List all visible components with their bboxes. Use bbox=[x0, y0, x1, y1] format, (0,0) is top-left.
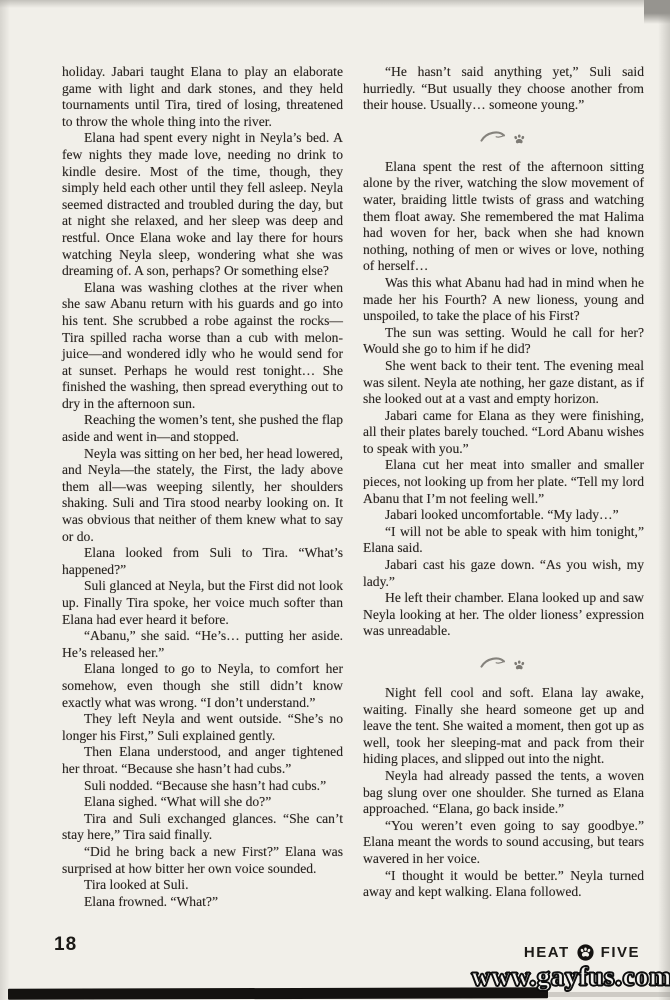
swirl-paw-ornament-icon bbox=[478, 128, 530, 148]
paragraph: Elana looked from Suli to Tira. “What’s … bbox=[62, 545, 343, 578]
paragraph: Neyla had already passed the tents, a wo… bbox=[363, 768, 644, 818]
paragraph: “You weren’t even going to say goodbye.”… bbox=[363, 818, 644, 868]
paragraph: They left Neyla and went outside. “She’s… bbox=[62, 711, 343, 744]
paragraph: “I will not be able to speak with him to… bbox=[363, 524, 644, 557]
section-divider bbox=[363, 114, 644, 159]
magazine-footer-title: HEAT FIVE bbox=[524, 944, 640, 961]
text-column-left: holiday. Jabari taught Elana to play an … bbox=[62, 64, 343, 910]
paragraph: Jabari came for Elana as they were finis… bbox=[363, 408, 644, 458]
section-divider bbox=[363, 640, 644, 685]
paragraph: Then Elana understood, and anger tighten… bbox=[62, 744, 343, 777]
paragraph: She went back to their tent. The evening… bbox=[363, 358, 644, 408]
page-number: 18 bbox=[54, 934, 77, 956]
paragraph: Jabari cast his gaze down. “As you wish,… bbox=[363, 557, 644, 590]
paragraph: Elana cut her meat into smaller and smal… bbox=[363, 457, 644, 507]
scan-bottom-black-band bbox=[8, 987, 548, 999]
paragraph: “Abanu,” she said. “He’s… putting her as… bbox=[62, 628, 343, 661]
paragraph: “I thought it would be better.” Neyla tu… bbox=[363, 868, 644, 901]
paragraph: Jabari looked uncomfortable. “My lady…” bbox=[363, 507, 644, 524]
scan-corner-smudge bbox=[644, 0, 670, 24]
paragraph: The sun was setting. Would he call for h… bbox=[363, 325, 644, 358]
paragraph: Suli glanced at Neyla, but the First did… bbox=[62, 578, 343, 628]
paragraph: Night fell cool and soft. Elana lay awak… bbox=[363, 685, 644, 768]
paragraph: Elana was washing clothes at the river w… bbox=[62, 280, 343, 413]
paragraph: He left their chamber. Elana looked up a… bbox=[363, 590, 644, 640]
scanned-book-page: holiday. Jabari taught Elana to play an … bbox=[0, 0, 670, 1000]
paragraph: Neyla was sitting on her bed, her head l… bbox=[62, 446, 343, 546]
paragraph: Was this what Abanu had had in mind when… bbox=[363, 275, 644, 325]
website-watermark: www.gayfus.com bbox=[472, 962, 670, 992]
paragraph: Elana longed to go to Neyla, to comfort … bbox=[62, 661, 343, 711]
magazine-title-heat: HEAT bbox=[524, 944, 570, 961]
paragraph: Elana frowned. “What?” bbox=[62, 894, 343, 911]
paragraph: Elana had spent every night in Neyla’s b… bbox=[62, 130, 343, 279]
paragraph: Reaching the women’s tent, she pushed th… bbox=[62, 412, 343, 445]
paragraph: Tira and Suli exchanged glances. “She ca… bbox=[62, 811, 343, 844]
paragraph: Elana sighed. “What will she do?” bbox=[62, 794, 343, 811]
swirl-paw-ornament-icon bbox=[478, 654, 530, 674]
paragraph: Tira looked at Suli. bbox=[62, 877, 343, 894]
paragraph: “Did he bring back a new First?” Elana w… bbox=[62, 844, 343, 877]
paragraph: Elana spent the rest of the afternoon si… bbox=[363, 159, 644, 275]
text-column-right: “He hasn’t said anything yet,” Suli said… bbox=[363, 64, 644, 910]
paragraph: holiday. Jabari taught Elana to play an … bbox=[62, 64, 343, 130]
paw-in-circle-icon bbox=[577, 944, 594, 961]
scan-edge-right bbox=[658, 0, 670, 1000]
paragraph: Suli nodded. “Because she hasn’t had cub… bbox=[62, 778, 343, 795]
scan-edge-left bbox=[0, 0, 10, 1000]
scan-bottom-band-tail bbox=[548, 992, 670, 997]
paragraph: “He hasn’t said anything yet,” Suli said… bbox=[363, 64, 644, 114]
scan-edge-top bbox=[0, 0, 670, 8]
page-body-text: holiday. Jabari taught Elana to play an … bbox=[62, 64, 644, 910]
magazine-title-five: FIVE bbox=[601, 944, 640, 961]
